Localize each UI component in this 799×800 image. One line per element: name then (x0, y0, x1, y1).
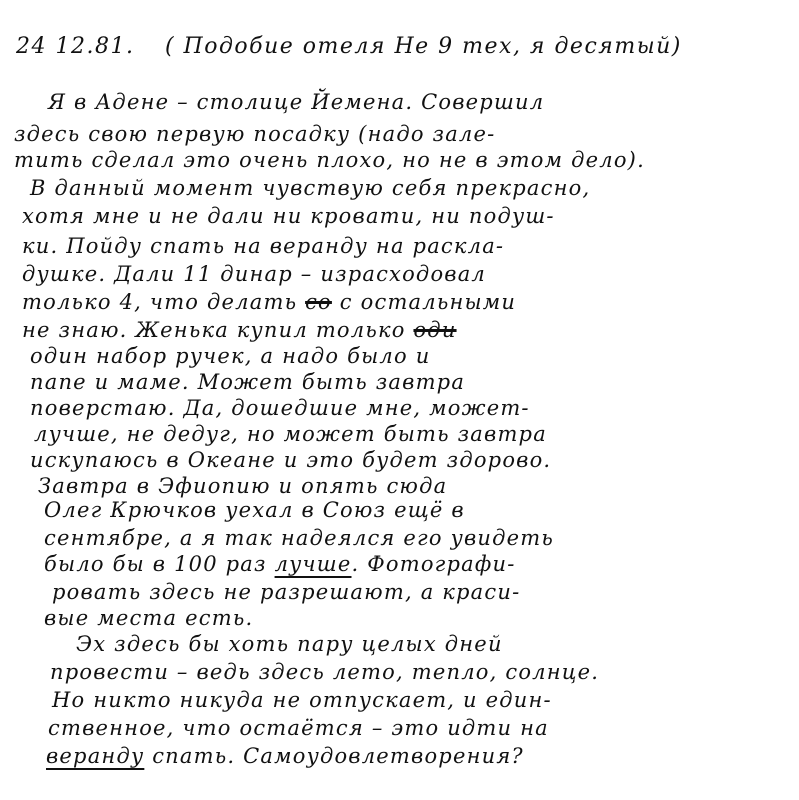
line-text: Я в Адене – столице Йемена. Совершил (48, 90, 544, 114)
letter-line: Но никто никуда не отпускает, и един- (52, 690, 552, 711)
line-text: Олег Крючков уехал в Союз ещё в (44, 498, 465, 522)
line-text: ровать здесь не разрешают, а краси- (52, 580, 520, 604)
letter-page: 24 12.81. ( Подобие отеля Не 9 тех, я де… (0, 0, 799, 800)
line-text: не знаю. Женька купил только (22, 318, 406, 342)
line-text: здесь свою первую посадку (надо зале- (14, 122, 495, 146)
letter-line: провести – ведь здесь лето, тепло, солнц… (50, 662, 599, 683)
letter-line: Эх здесь бы хоть пару целых дней (76, 634, 503, 655)
line-text: вые места есть. (44, 606, 253, 630)
line-text: лучше, не дедуг, но может быть завтра (34, 422, 547, 446)
line-text: Но никто никуда не отпускает, и един- (52, 688, 552, 712)
letter-line: сентябре, а я так надеялся его увидеть (44, 528, 554, 549)
line-text: сентябре, а я так надеялся его увидеть (44, 526, 554, 550)
underlined-word: лучше (275, 552, 352, 576)
struck-out-word: оди (413, 318, 456, 342)
letter-line: душке. Дали 11 динар – израсходовал (22, 264, 486, 285)
letter-header: 24 12.81. ( Подобие отеля Не 9 тех, я де… (16, 36, 776, 58)
letter-line: веранду спать. Самоудовлетворения? (46, 746, 524, 767)
letter-line: тить сделал это очень плохо, но не в это… (14, 150, 645, 171)
line-text: Завтра в Эфиопию и опять сюда (38, 474, 447, 498)
letter-line: только 4, что делать со с остальными (22, 292, 516, 313)
line-text: искупаюсь в Океане и это будет здорово. (30, 448, 551, 472)
line-text: только 4, что делать (22, 290, 297, 314)
line-text: хотя мне и не дали ни кровати, ни подуш- (22, 204, 555, 228)
letter-line: лучше, не дедуг, но может быть завтра (34, 424, 547, 445)
letter-line: поверстаю. Да, дошедшие мне, может- (30, 398, 530, 419)
letter-line: папе и маме. Может быть завтра (30, 372, 465, 393)
letter-line: В данный момент чувствую себя прекрасно, (30, 178, 590, 199)
underlined-word: веранду (46, 744, 144, 768)
letter-line: искупаюсь в Океане и это будет здорово. (30, 450, 551, 471)
line-text: ки. Пойду спать на веранду на раскла- (22, 234, 504, 258)
letter-header-note: ( Подобие отеля Не 9 тех, я десятый) (165, 34, 682, 59)
letter-line: хотя мне и не дали ни кровати, ни подуш- (22, 206, 555, 227)
line-text: ственное, что остаётся – это идти на (48, 716, 549, 740)
letter-line: ственное, что остаётся – это идти на (48, 718, 549, 739)
letter-line: Олег Крючков уехал в Союз ещё в (44, 500, 465, 521)
letter-line: вые места есть. (44, 608, 253, 629)
letter-line: было бы в 100 раз лучше. Фотографи- (44, 554, 516, 575)
letter-line: ровать здесь не разрешают, а краси- (52, 582, 520, 603)
letter-line: один набор ручек, а надо было и (30, 346, 430, 367)
line-text: папе и маме. Может быть завтра (30, 370, 465, 394)
line-text: Эх здесь бы хоть пару целых дней (76, 632, 503, 656)
line-text: провести – ведь здесь лето, тепло, солнц… (50, 660, 599, 684)
line-text: поверстаю. Да, дошедшие мне, может- (30, 396, 530, 420)
letter-line: не знаю. Женька купил только оди (22, 320, 457, 341)
line-text: было бы в 100 раз (44, 552, 275, 576)
line-text: . Фотографи- (352, 552, 516, 576)
letter-line: Я в Адене – столице Йемена. Совершил (48, 92, 544, 113)
letter-line: здесь свою первую посадку (надо зале- (14, 124, 495, 145)
letter-line: Завтра в Эфиопию и опять сюда (38, 476, 447, 497)
letter-date: 24 12.81. (16, 34, 134, 59)
line-text: спать. Самоудовлетворения? (144, 744, 524, 768)
line-text: с остальными (340, 290, 516, 314)
line-text: В данный момент чувствую себя прекрасно, (30, 176, 590, 200)
line-text: тить сделал это очень плохо, но не в это… (14, 148, 645, 172)
letter-line: ки. Пойду спать на веранду на раскла- (22, 236, 504, 257)
struck-out-word: со (305, 290, 332, 314)
line-text: душке. Дали 11 динар – израсходовал (22, 262, 486, 286)
line-text: один набор ручек, а надо было и (30, 344, 430, 368)
